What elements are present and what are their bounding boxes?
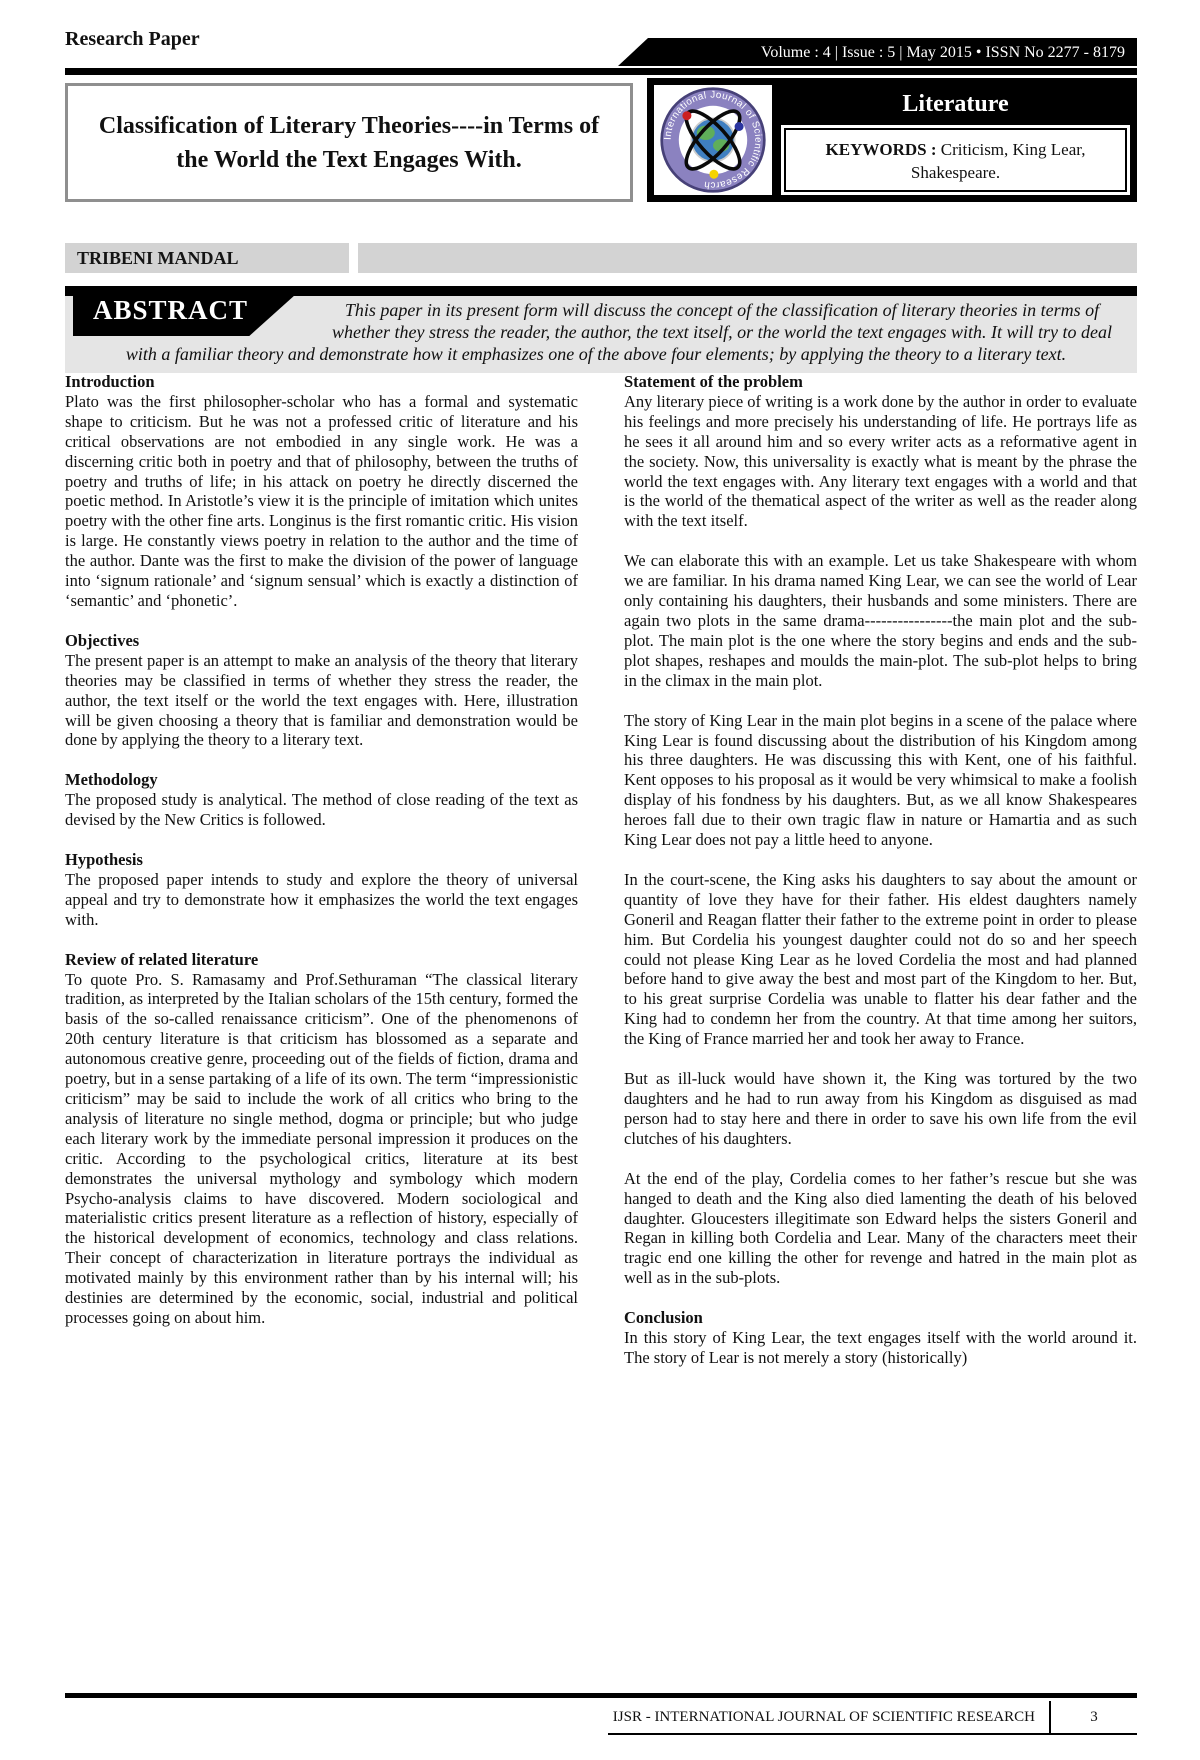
section-paragraph: At the end of the play, Cordelia comes t… xyxy=(624,1169,1137,1288)
section-paragraph: But as ill-luck would have shown it, the… xyxy=(624,1069,1137,1149)
section-heading: Conclusion xyxy=(624,1308,1137,1328)
body-columns: Introduction Plato was the first philoso… xyxy=(65,372,1137,1388)
category-label: Literature xyxy=(781,85,1130,125)
author-name-bar: TRIBENI MANDAL xyxy=(65,243,349,273)
section-paragraph: The proposed study is analytical. The me… xyxy=(65,790,578,830)
section-paragraph: The story of King Lear in the main plot … xyxy=(624,711,1137,850)
section-statement: Statement of the problem Any literary pi… xyxy=(624,372,1137,531)
left-column: Introduction Plato was the first philoso… xyxy=(65,372,578,1388)
footer-row: IJSR - INTERNATIONAL JOURNAL OF SCIENTIF… xyxy=(608,1701,1137,1735)
section-heading: Methodology xyxy=(65,770,578,790)
body-paragraph: At the end of the play, Cordelia comes t… xyxy=(624,1169,1137,1288)
body-paragraph: But as ill-luck would have shown it, the… xyxy=(624,1069,1137,1149)
journal-logo-icon: International Journal of Scientific Rese… xyxy=(659,86,767,194)
footer-rule xyxy=(65,1693,1137,1698)
section-paragraph: Plato was the first philosopher-scholar … xyxy=(65,392,578,611)
footer-journal-name: IJSR - INTERNATIONAL JOURNAL OF SCIENTIF… xyxy=(608,1701,1049,1733)
keywords-text: Criticism, King Lear, Shakespeare. xyxy=(911,140,1086,182)
section-paragraph: The present paper is an attempt to make … xyxy=(65,651,578,751)
journal-logo: International Journal of Scientific Rese… xyxy=(654,85,772,195)
journal-panel: International Journal of Scientific Rese… xyxy=(647,78,1137,202)
keywords-wrap: KEYWORDS : Criticism, King Lear, Shakesp… xyxy=(781,125,1130,195)
section-heading: Statement of the problem xyxy=(624,372,1137,392)
keywords-label: KEYWORDS : xyxy=(826,140,937,159)
section-methodology: Methodology The proposed study is analyt… xyxy=(65,770,578,830)
section-heading: Review of related literature xyxy=(65,950,578,970)
paper-title: Classification of Literary Theories----i… xyxy=(65,83,633,202)
journal-panel-right: Literature KEYWORDS : Criticism, King Le… xyxy=(781,85,1130,195)
section-conclusion: Conclusion In this story of King Lear, t… xyxy=(624,1308,1137,1368)
author-row: TRIBENI MANDAL xyxy=(65,243,1137,273)
paper-page: Research Paper Volume : 4 | Issue : 5 | … xyxy=(0,0,1200,1760)
footer-page-number: 3 xyxy=(1051,1701,1137,1733)
section-introduction: Introduction Plato was the first philoso… xyxy=(65,372,578,611)
section-objectives: Objectives The present paper is an attem… xyxy=(65,631,578,750)
abstract-block: ABSTRACT This paper in its present form … xyxy=(65,286,1137,373)
body-paragraph: We can elaborate this with an example. L… xyxy=(624,551,1137,690)
keywords-box: KEYWORDS : Criticism, King Lear, Shakesp… xyxy=(784,128,1127,192)
section-paragraph: To quote Pro. S. Ramasamy and Prof.Sethu… xyxy=(65,970,578,1328)
body-paragraph: In the court-scene, the King asks his da… xyxy=(624,870,1137,1049)
section-paragraph: In this story of King Lear, the text eng… xyxy=(624,1328,1137,1368)
section-review: Review of related literature To quote Pr… xyxy=(65,950,578,1328)
section-heading: Hypothesis xyxy=(65,850,578,870)
section-heading: Objectives xyxy=(65,631,578,651)
section-paragraph: We can elaborate this with an example. L… xyxy=(624,551,1137,690)
right-column: Statement of the problem Any literary pi… xyxy=(624,372,1137,1388)
body-paragraph: The story of King Lear in the main plot … xyxy=(624,711,1137,850)
header-rule xyxy=(65,68,1137,75)
research-paper-kicker: Research Paper xyxy=(65,28,200,51)
section-paragraph: In the court-scene, the King asks his da… xyxy=(624,870,1137,1049)
section-paragraph: Any literary piece of writing is a work … xyxy=(624,392,1137,531)
section-hypothesis: Hypothesis The proposed paper intends to… xyxy=(65,850,578,930)
volume-issue-bar: Volume : 4 | Issue : 5 | May 2015 • ISSN… xyxy=(618,38,1137,66)
author-spacer-bar xyxy=(358,243,1137,273)
section-heading: Introduction xyxy=(65,372,578,392)
section-paragraph: The proposed paper intends to study and … xyxy=(65,870,578,930)
